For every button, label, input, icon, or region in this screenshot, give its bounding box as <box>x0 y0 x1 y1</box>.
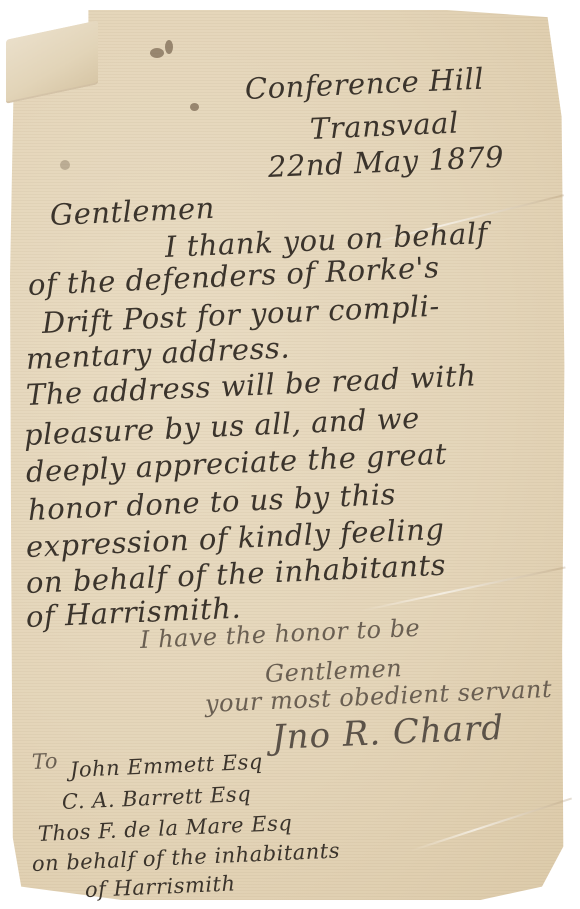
ink-blot <box>190 103 199 111</box>
salutation: Gentlemen <box>49 191 215 232</box>
ink-blot <box>60 160 70 170</box>
ink-blot <box>165 40 173 54</box>
place-line-2: Transvaal <box>309 106 459 146</box>
ink-blot <box>150 48 164 58</box>
addressee-prefix: To <box>31 749 58 774</box>
